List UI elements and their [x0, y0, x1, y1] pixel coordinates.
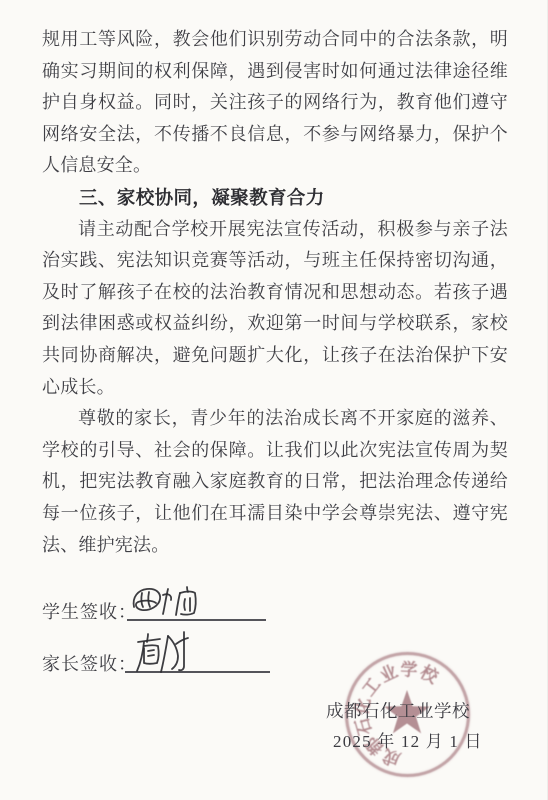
paragraph: 尊敬的家长，青少年的法治成长离不开家庭的滋养、学校的引导、社会的保障。让我们以此… [42, 403, 508, 561]
seal-char: 学 [400, 655, 418, 681]
student-signature-line [127, 619, 266, 621]
paragraph: 请主动配合学校开展宪法宣传活动，积极参与亲子法治实践、宪法知识竞赛等活动，与班主… [42, 214, 508, 404]
school-name: 成都石化工业学校 [326, 698, 470, 723]
seal-char: 校 [417, 658, 444, 688]
scanned-document-page: 规用工等风险，教会他们识别劳动合同中的合法条款，明确实习期间的权利保障，遇到侵害… [0, 0, 548, 800]
parent-sign-label: 家长签收： [42, 650, 137, 676]
document-date: 2025 年 12 月 1 日 [333, 727, 483, 752]
document-text-block: 规用工等风险，教会他们识别劳动合同中的合法条款，明确实习期间的权利保障，遇到侵害… [42, 24, 508, 561]
paragraph-continuation: 规用工等风险，教会他们识别劳动合同中的合法条款，明确实习期间的权利保障，遇到侵害… [42, 24, 508, 182]
section-heading: 三、家校协同，凝聚教育合力 [42, 182, 508, 214]
parent-signature-handwriting [134, 630, 196, 674]
student-sign-label: 学生签收： [42, 598, 137, 624]
student-signature-handwriting [130, 585, 200, 619]
